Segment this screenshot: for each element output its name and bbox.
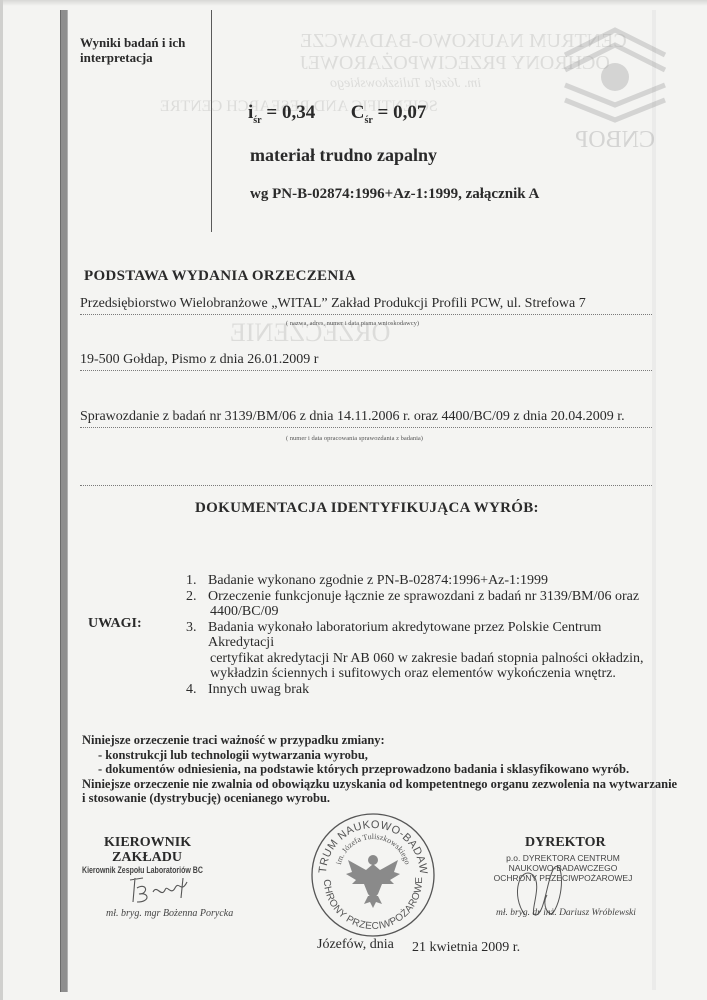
c-value: = 0,07 <box>378 102 427 123</box>
applicant-field: Przedsiębiorstwo Wielobranżowe „WITAL” Z… <box>80 296 652 315</box>
certificate-page: CENTRUM NAUKOWO-BADAWCZE OCHRONY PRZECIW… <box>0 0 707 1000</box>
i-value: = 0,34 <box>266 102 315 123</box>
scan-edge <box>0 0 3 1000</box>
basis-heading: PODSTAWA WYDANIA ORZECZENIA <box>84 268 356 285</box>
remark-item: 1. Badanie wykonano zgodnie z PN-B-02874… <box>186 573 656 589</box>
official-seal-icon: CENTRUM NAUKOWO-BADAWCZE im. Józefa Tuli… <box>308 810 438 940</box>
svg-text:CNBOP: CNBOP <box>575 127 655 150</box>
ghost-text: im. Józefa Tuliszkowskiego <box>330 76 481 92</box>
classification-standard: wg PN-B-02874:1996+Az-1:1999, załącznik … <box>250 186 539 203</box>
scan-shadow <box>0 0 707 6</box>
right-signatory-name: mł. bryg. dr inż. Dariusz Wróblewski <box>496 908 636 918</box>
classification-result: materiał trudno zapalny <box>250 145 437 166</box>
column-divider <box>211 10 212 232</box>
empty-field <box>80 467 652 486</box>
documentation-heading: DOKUMENTACJA IDENTYFIKUJĄCA WYRÓB: <box>195 500 539 517</box>
remark-item: 2. Orzeczenie funkcjonuje łącznie ze spr… <box>186 589 656 620</box>
issue-place: Józefów, dnia <box>317 937 394 953</box>
left-signatory-title: KIEROWNIK ZAKŁADU <box>104 835 191 865</box>
applicant-caption: ( nazwa, adres, numer i data pisma wnios… <box>286 320 419 327</box>
c-subscript: śr <box>364 115 372 126</box>
cnbop-logo-icon: CNBOP <box>555 25 675 150</box>
report-caption: ( numer i data opracowania sprawozdania … <box>286 435 423 442</box>
applicant-address-field: 19-500 Gołdap, Pismo z dnia 26.01.2009 r <box>80 352 652 371</box>
validity-notice: Niniejsze orzeczenie traci ważność w prz… <box>82 733 682 806</box>
svg-text:CENTRUM NAUKOWO-BADAWCZE: CENTRUM NAUKOWO-BADAWCZE <box>308 810 429 875</box>
remark-item: 4. Innych uwag brak <box>186 682 656 698</box>
remark-item: 3. Badania wykonało laboratorium akredyt… <box>186 620 656 682</box>
left-signatory-name: mł. bryg. mgr Bożenna Porycka <box>106 908 233 919</box>
margin-bar <box>60 10 68 992</box>
results-formula: iśr = 0,34 Cśr = 0,07 <box>248 102 426 126</box>
results-section-label: Wyniki badań i ich interpretacja <box>80 35 205 65</box>
remarks-label: UWAGI: <box>88 616 142 632</box>
i-subscript: śr <box>253 115 261 126</box>
signature-icon <box>125 872 195 908</box>
issue-date: 21 kwietnia 2009 r. <box>412 940 520 956</box>
bleed-through-line <box>652 10 656 990</box>
right-signatory-title: DYREKTOR <box>525 835 606 851</box>
report-field: Sprawozdanie z badań nr 3139/BM/06 z dni… <box>80 409 652 428</box>
remarks-list: 1. Badanie wykonano zgodnie z PN-B-02874… <box>186 573 656 697</box>
c-symbol: C <box>351 102 365 123</box>
